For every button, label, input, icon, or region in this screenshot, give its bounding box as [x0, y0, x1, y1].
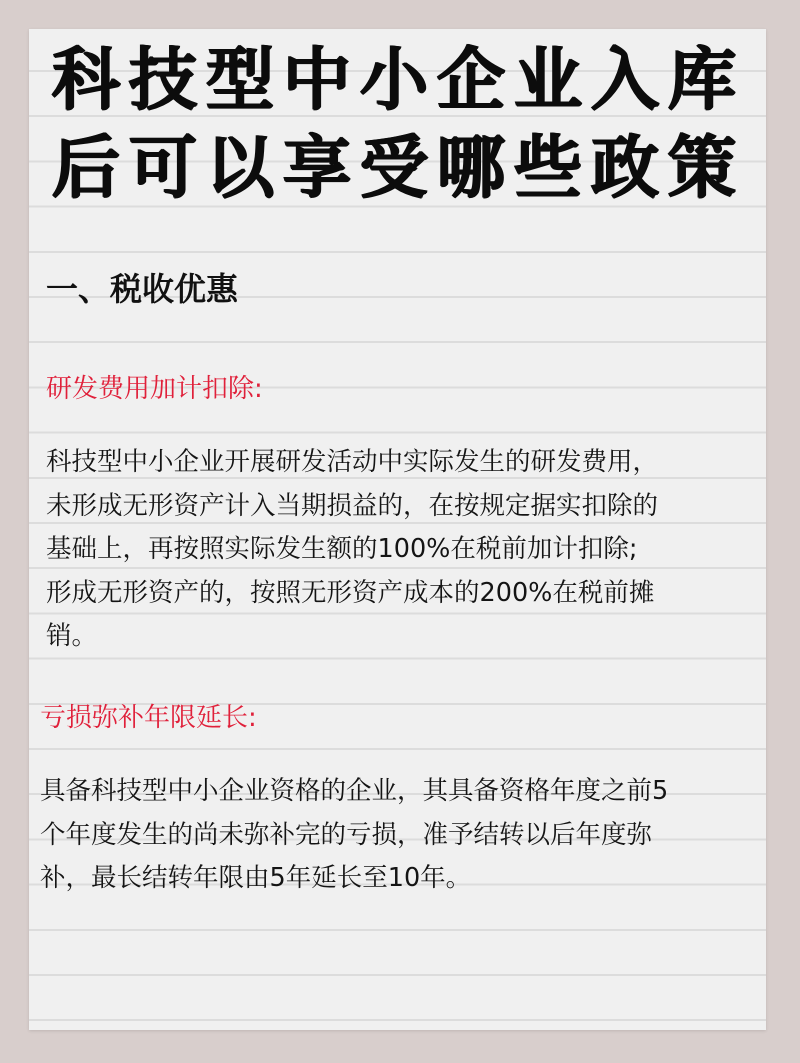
paragraph-rd-deduction: 科技型中小企业开展研发活动中实际发生的研发费用， 未形成无形资产计入当期损益的，…	[46, 441, 658, 659]
text-line: 形成无形资产的，按照无形资产成本的200%在税前摊	[46, 572, 658, 616]
text-line: 个年度发生的尚未弥补完的亏损，准予结转以后年度弥	[40, 814, 668, 858]
text-line: 基础上，再按照实际发生额的100%在税前加计扣除;	[46, 528, 658, 572]
title-line-1: 科技型中小企业入库	[52, 36, 752, 124]
text-line: 未形成无形资产计入当期损益的，在按规定据实扣除的	[46, 485, 658, 529]
subheading-loss-carryforward: 亏损弥补年限延长:	[40, 697, 257, 734]
subheading-rd-deduction: 研发费用加计扣除:	[46, 368, 263, 405]
text-line: 补，最长结转年限由5年延长至10年。	[40, 857, 668, 901]
page-title: 科技型中小企业入库 后可以享受哪些政策	[52, 36, 752, 212]
paragraph-loss-carryforward: 具备科技型中小企业资格的企业，其具备资格年度之前5 个年度发生的尚未弥补完的亏损…	[40, 770, 668, 901]
title-line-2: 后可以享受哪些政策	[52, 124, 752, 212]
text-line: 科技型中小企业开展研发活动中实际发生的研发费用，	[46, 441, 658, 485]
text-line: 具备科技型中小企业资格的企业，其具备资格年度之前5	[40, 770, 668, 814]
text-line: 销。	[46, 615, 658, 659]
section-heading-tax-benefits: 一、税收优惠	[46, 264, 238, 310]
